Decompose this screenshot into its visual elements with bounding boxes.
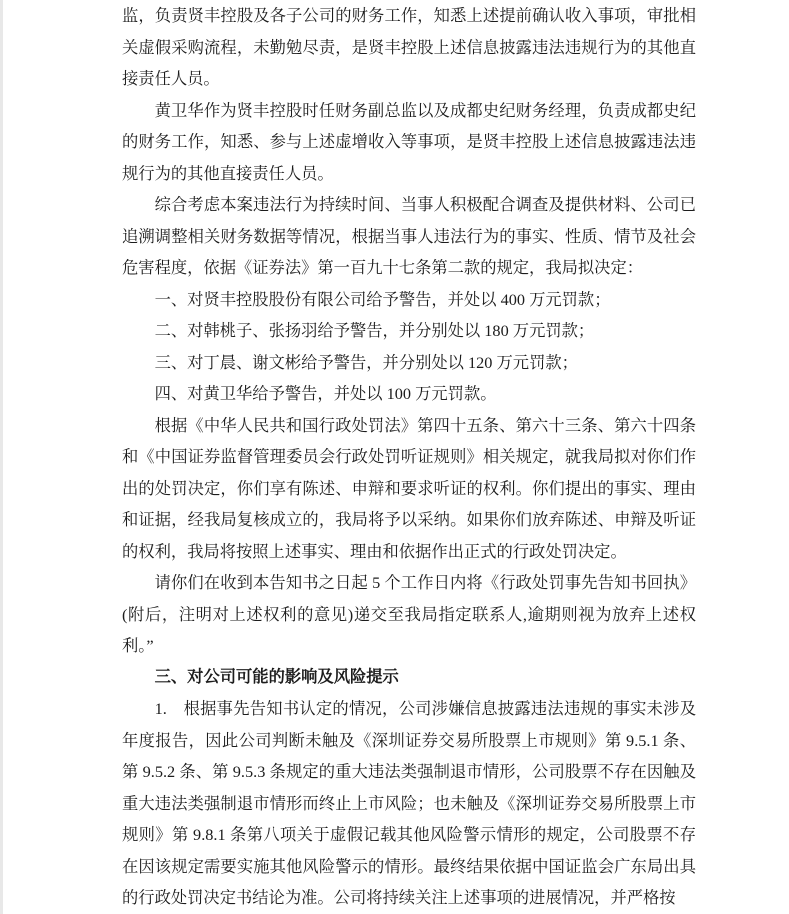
penalty-item-3: 三、对丁晨、谢文彬给予警告，并分别处以 120 万元罚款； <box>122 347 696 379</box>
para-risk-assessment: 1. 根据事先告知书认定的情况，公司涉嫌信息披露违法违规的事实未涉及年度报告，因… <box>122 693 696 914</box>
para-continuation-liability: 监，负责贤丰控股及各子公司的财务工作，知悉上述提前确认收入事项，审批相关虚假采购… <box>122 0 696 95</box>
penalty-item-4: 四、对黄卫华给予警告，并处以 100 万元罚款。 <box>122 378 696 410</box>
page-left-edge <box>0 0 3 914</box>
section-heading-impact-risk: 三、对公司可能的影响及风险提示 <box>122 662 696 694</box>
document-page: { "colors": { "page_background": "#fffff… <box>0 0 789 914</box>
penalty-item-1: 一、对贤丰控股股份有限公司给予警告，并处以 400 万元罚款； <box>122 284 696 316</box>
para-legal-basis-rights: 根据《中华人民共和国行政处罚法》第四十五条、第六十三条、第六十四条和《中国证券监… <box>122 410 696 568</box>
para-huang-weihua-liability: 黄卫华作为贤丰控股时任财务副总监以及成都史纪财务经理，负责成都史纪的财务工作，知… <box>122 95 696 190</box>
document-body: 监，负责贤丰控股及各子公司的财务工作，知悉上述提前确认收入事项，审批相关虚假采购… <box>122 0 696 914</box>
para-penalty-considerations: 综合考虑本案违法行为持续时间、当事人积极配合调查及提供材料、公司已追溯调整相关财… <box>122 189 696 284</box>
para-reply-deadline: 请你们在收到本告知书之日起 5 个工作日内将《行政处罚事先告知书回执》(附后，注… <box>122 567 696 662</box>
penalty-item-2: 二、对韩桃子、张扬羽给予警告，并分别处以 180 万元罚款； <box>122 315 696 347</box>
